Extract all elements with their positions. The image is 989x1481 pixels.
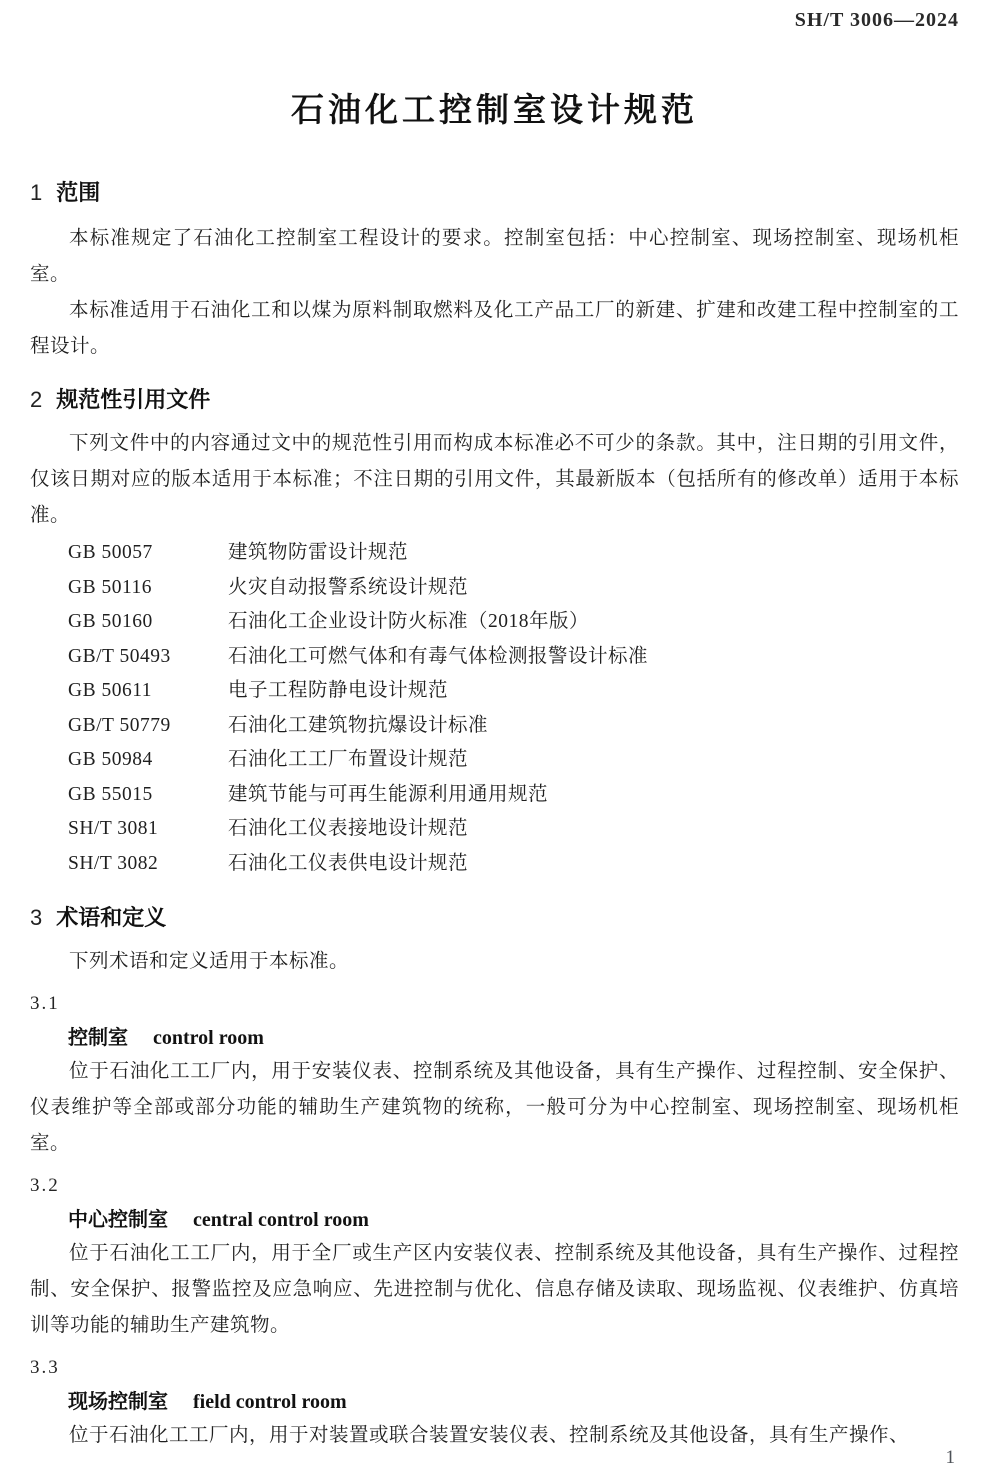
section-3-heading: 3术语和定义 <box>30 903 959 932</box>
paragraph: 下列文件中的内容通过文中的规范性引用而构成本标准必不可少的条款。其中，注日期的引… <box>30 426 959 534</box>
reference-item: GB/T 50493 石油化工可燃气体和有毒气体检测报警设计标准 <box>30 640 959 675</box>
term-name-en: central control room <box>193 1209 369 1231</box>
reference-title: 石油化工仪表供电设计规范 <box>228 847 468 882</box>
term-field-control-room: 3.3 现场控制室 field control room 位于石油化工工厂内，用… <box>30 1354 959 1454</box>
page-number: 1 <box>946 1447 956 1469</box>
reference-title: 石油化工可燃气体和有毒气体检测报警设计标准 <box>228 640 648 675</box>
reference-title: 电子工程防静电设计规范 <box>228 674 448 709</box>
section-3-title: 术语和定义 <box>56 905 166 930</box>
section-2-heading: 2规范性引用文件 <box>30 385 959 414</box>
reference-code: GB 50116 <box>68 571 228 606</box>
section-3-number: 3 <box>30 905 42 930</box>
reference-item: GB/T 50779 石油化工建筑物抗爆设计标准 <box>30 709 959 744</box>
term-name: 控制室 control room <box>30 1022 959 1054</box>
reference-list: GB 50057 建筑物防雷设计规范 GB 50116 火灾自动报警系统设计规范… <box>30 536 959 881</box>
reference-item: SH/T 3082 石油化工仪表供电设计规范 <box>30 847 959 882</box>
term-definition: 位于石油化工工厂内，用于安装仪表、控制系统及其他设备，具有生产操作、过程控制、安… <box>30 1054 959 1162</box>
term-control-room: 3.1 控制室 control room 位于石油化工工厂内，用于安装仪表、控制… <box>30 990 959 1162</box>
term-definition: 位于石油化工工厂内，用于全厂或生产区内安装仪表、控制系统及其他设备，具有生产操作… <box>30 1236 959 1344</box>
reference-item: GB 50116 火灾自动报警系统设计规范 <box>30 571 959 606</box>
section-terms-definitions: 3术语和定义 下列术语和定义适用于本标准。 3.1 控制室 control ro… <box>30 903 959 1454</box>
reference-item: GB 50611 电子工程防静电设计规范 <box>30 674 959 709</box>
standard-code-header: SH/T 3006—2024 <box>30 8 959 32</box>
reference-code: GB 50611 <box>68 674 228 709</box>
term-name-en: field control room <box>193 1391 347 1413</box>
reference-code: SH/T 3082 <box>68 847 228 882</box>
reference-item: GB 50984 石油化工工厂布置设计规范 <box>30 743 959 778</box>
term-definition: 位于石油化工工厂内，用于对装置或联合装置安装仪表、控制系统及其他设备，具有生产操… <box>30 1418 959 1454</box>
reference-code: GB 50057 <box>68 536 228 571</box>
term-name-zh: 控制室 <box>68 1027 128 1049</box>
paragraph: 本标准适用于石油化工和以煤为原料制取燃料及化工产品工厂的新建、扩建和改建工程中控… <box>30 293 959 365</box>
reference-code: GB/T 50779 <box>68 709 228 744</box>
section-normative-references: 2规范性引用文件 下列文件中的内容通过文中的规范性引用而构成本标准必不可少的条款… <box>30 385 959 881</box>
reference-title: 石油化工仪表接地设计规范 <box>228 812 468 847</box>
reference-code: SH/T 3081 <box>68 812 228 847</box>
reference-title: 石油化工建筑物抗爆设计标准 <box>228 709 488 744</box>
reference-code: GB/T 50493 <box>68 640 228 675</box>
reference-title: 建筑节能与可再生能源利用通用规范 <box>228 778 548 813</box>
section-1-title: 范围 <box>56 180 100 205</box>
reference-item: GB 50160 石油化工企业设计防火标准（2018年版） <box>30 605 959 640</box>
section-1-number: 1 <box>30 180 42 205</box>
term-number: 3.3 <box>30 1354 959 1382</box>
term-name-zh: 中心控制室 <box>68 1209 168 1231</box>
reference-title: 火灾自动报警系统设计规范 <box>228 571 468 606</box>
reference-item: SH/T 3081 石油化工仪表接地设计规范 <box>30 812 959 847</box>
section-2-number: 2 <box>30 387 42 412</box>
reference-item: GB 50057 建筑物防雷设计规范 <box>30 536 959 571</box>
paragraph: 本标准规定了石油化工控制室工程设计的要求。控制室包括：中心控制室、现场控制室、现… <box>30 221 959 293</box>
term-number: 3.1 <box>30 990 959 1018</box>
reference-code: GB 50984 <box>68 743 228 778</box>
section-scope: 1范围 本标准规定了石油化工控制室工程设计的要求。控制室包括：中心控制室、现场控… <box>30 178 959 365</box>
term-central-control-room: 3.2 中心控制室 central control room 位于石油化工工厂内… <box>30 1172 959 1344</box>
reference-title: 石油化工工厂布置设计规范 <box>228 743 468 778</box>
term-name-zh: 现场控制室 <box>68 1391 168 1413</box>
document-page: SH/T 3006—2024 石油化工控制室设计规范 1范围 本标准规定了石油化… <box>0 0 989 1481</box>
section-1-heading: 1范围 <box>30 178 959 207</box>
term-name: 现场控制室 field control room <box>30 1386 959 1418</box>
term-name-en: control room <box>153 1027 264 1049</box>
reference-item: GB 55015 建筑节能与可再生能源利用通用规范 <box>30 778 959 813</box>
reference-code: GB 55015 <box>68 778 228 813</box>
term-number: 3.2 <box>30 1172 959 1200</box>
paragraph: 下列术语和定义适用于本标准。 <box>30 944 959 980</box>
term-name: 中心控制室 central control room <box>30 1204 959 1236</box>
page-title: 石油化工控制室设计规范 <box>30 88 959 132</box>
reference-title: 石油化工企业设计防火标准（2018年版） <box>228 605 589 640</box>
section-2-title: 规范性引用文件 <box>56 387 210 412</box>
reference-title: 建筑物防雷设计规范 <box>228 536 408 571</box>
reference-code: GB 50160 <box>68 605 228 640</box>
